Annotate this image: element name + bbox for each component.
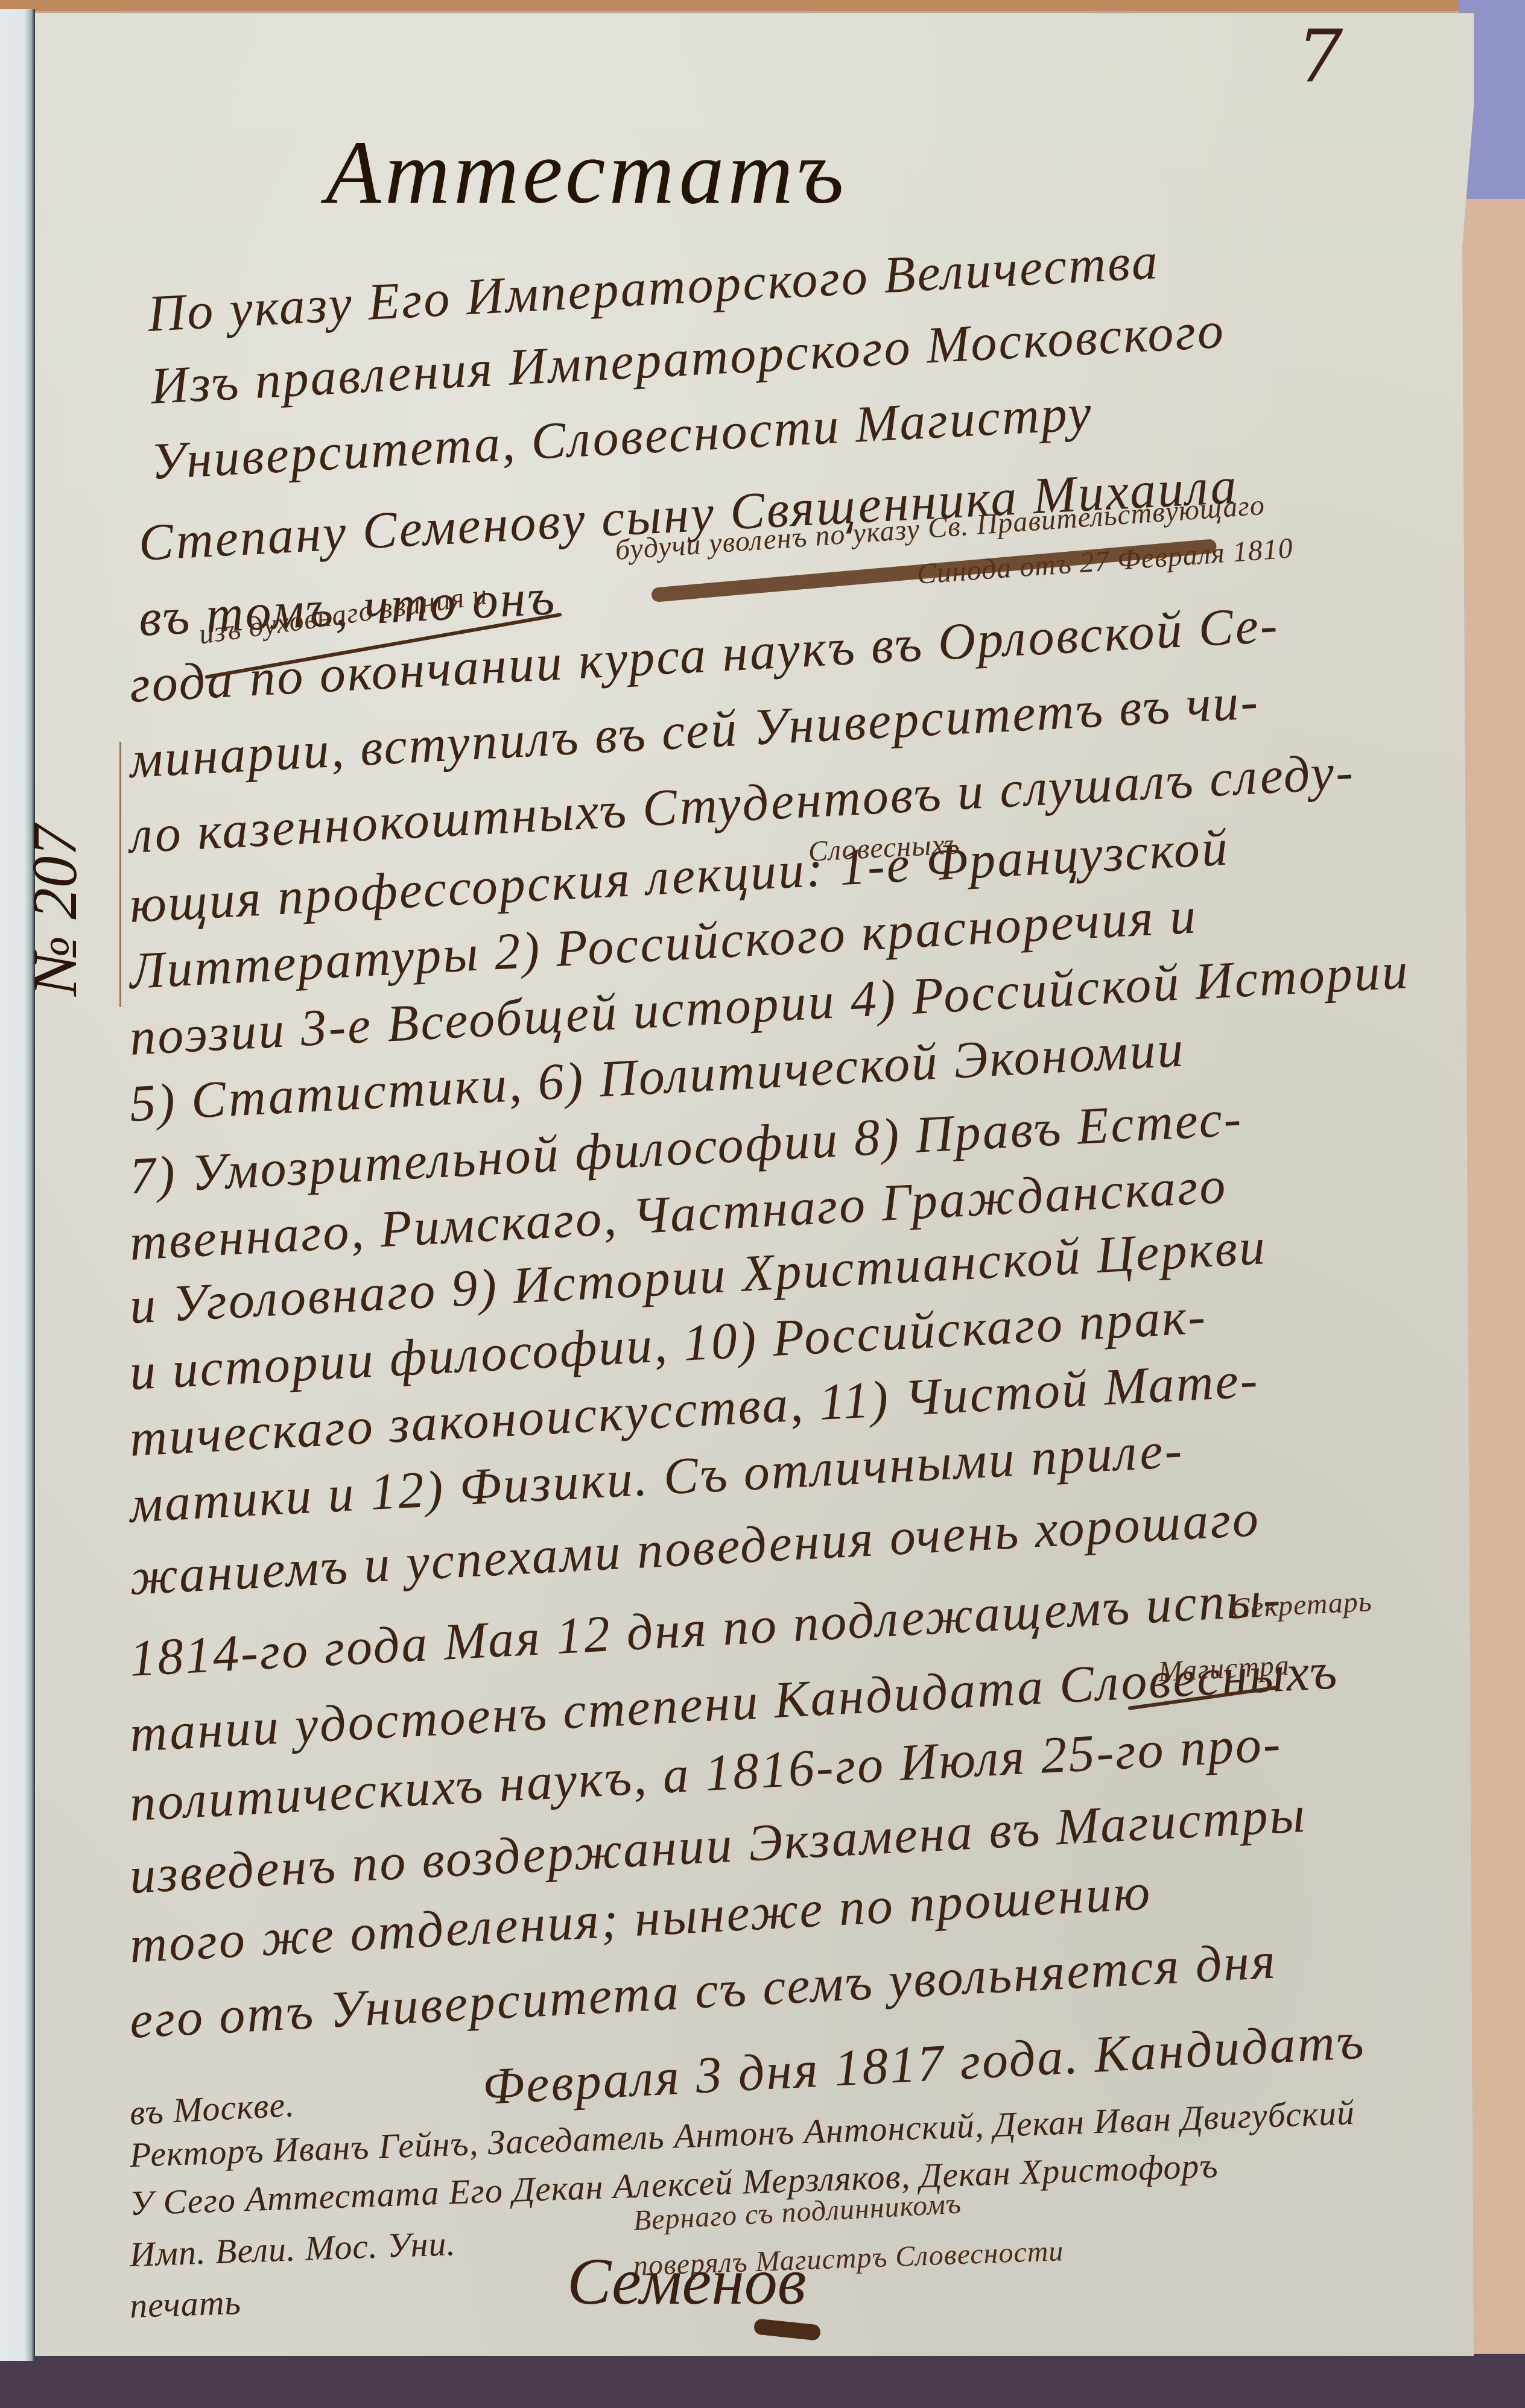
body-line: печать	[129, 2282, 242, 2326]
background-bottom	[0, 2354, 1525, 2408]
background-top	[0, 0, 1525, 11]
document-title: Аттестатъ	[326, 121, 848, 224]
signature: Семенов	[567, 2243, 807, 2320]
insertion-text: Магистра	[1158, 1649, 1291, 1689]
margin-rule	[119, 742, 121, 1007]
margin-note-number: № 207	[18, 824, 91, 995]
book-binding-edge	[0, 9, 35, 2361]
page-number: 7	[1297, 15, 1343, 99]
body-line: въ Москве.	[128, 2084, 296, 2133]
